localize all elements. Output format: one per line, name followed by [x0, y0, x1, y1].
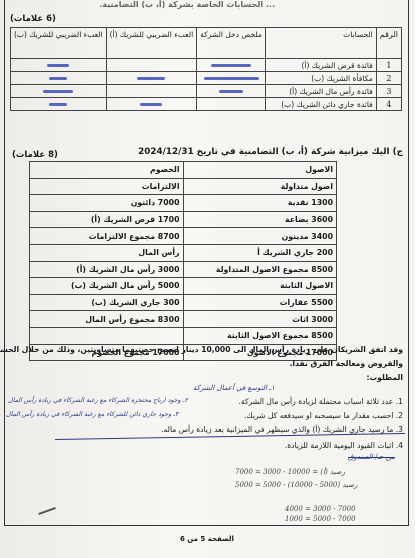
asset-cell: 8500 مجموع الاصول الثابتة: [183, 327, 337, 344]
handwritten-mark: [47, 64, 69, 67]
asset-cell: اصول متداولة: [183, 178, 337, 195]
balance-sheet-title: ج) اليك ميزانية شركة (أ، ب) التضامنية في…: [138, 147, 403, 157]
partner-a-cell: [106, 72, 197, 85]
row-number: 3: [376, 85, 401, 98]
page-number: الصفحة 5 من 6: [180, 535, 234, 543]
col-header-income-summary: ملخص دخل الشركة: [197, 28, 266, 59]
row-number: 1: [376, 59, 401, 72]
summary-cell: [197, 85, 266, 98]
handwritten-mark: [137, 77, 165, 80]
handwritten-heading: من حـ/ الصندوق: [348, 453, 395, 461]
table-row: 200 جاري الشريك أرأس المال: [30, 244, 337, 261]
handwritten-mark: [49, 103, 67, 106]
handwritten-mark: [43, 90, 73, 93]
partner-b-cell: [11, 59, 107, 72]
handwritten-calc-3: 4000 = 3000 - 7000: [285, 505, 356, 513]
partner-a-cell: [106, 59, 197, 72]
liability-cell: 8300 مجموع رأس المال: [30, 311, 184, 328]
col-header-number: الرقم: [376, 28, 401, 59]
liability-cell: الالتزامات: [30, 178, 184, 195]
summary-cell: [197, 98, 266, 111]
scenario-line-1: وقد اتفق الشريكان على زيادة رأس المال ال…: [0, 345, 403, 354]
table-row: 3 فائدة رأس مال الشريك (أ): [11, 85, 402, 98]
col-header-partner-b: العبء الضريبي للشريك (ب): [11, 28, 107, 59]
liability-cell: 7000 دائنون: [30, 195, 184, 212]
marks-q2: (8 علامات): [12, 150, 58, 160]
account-name: فائدة قرض الشريك (أ): [265, 59, 376, 72]
table-row: 2 مكافأة الشريك (ب): [11, 72, 402, 85]
table-row: 4 فائدة جاري دائن الشريك (ب): [11, 98, 402, 111]
liability-cell: 5000 رأس مال الشريك (ب): [30, 278, 184, 295]
distribution-table: الرقم الحسابات ملخص دخل الشركة العبء الض…: [10, 27, 402, 111]
col-header-partner-a: العبء الضريبي للشريك (أ): [106, 28, 197, 59]
summary-cell: [197, 72, 266, 85]
handwritten-mark: [140, 103, 162, 106]
table-row: 1 فائدة قرض الشريك (أ): [11, 59, 402, 72]
row-number: 4: [376, 98, 401, 111]
asset-cell: 1300 نقدية: [183, 195, 337, 212]
table-row: اصول متداولةالالتزامات: [30, 178, 337, 195]
document-page: ... الحسابات الخاصة بشركة (أ، ب) التضامن…: [0, 0, 415, 558]
table-row: 3400 مدينون8700 مجموع الالتزامات: [30, 228, 337, 245]
liability-cell: 8700 مجموع الالتزامات: [30, 228, 184, 245]
handwritten-calc-2: 5000 = 5000 - (10000 - 5000) رصيد: [235, 481, 357, 489]
asset-cell: 5500 عقارات: [183, 294, 337, 311]
balance-sheet-table: الاصول الخصوم اصول متداولةالالتزامات 130…: [29, 161, 337, 361]
handwritten-calc-1: 7000 = 3000 - 10000 = (أ) رصيد: [235, 468, 345, 476]
handwritten-answer-1c: ٣ـ وجود جاري دائن للشركاء مع رغبة الشركا…: [6, 411, 178, 418]
table-row: الاصول الثابتة5000 رأس مال الشريك (ب): [30, 278, 337, 295]
table-header-row: الرقم الحسابات ملخص دخل الشركة العبء الض…: [11, 28, 402, 59]
partner-a-cell: [106, 85, 197, 98]
table-row: 8500 مجموع الاصول المتداولة3000 رأس مال …: [30, 261, 337, 278]
handwritten-calc-4: 1000 = 5000 - 7000: [285, 515, 356, 523]
partner-b-cell: [11, 85, 107, 98]
partner-a-cell: [106, 98, 197, 111]
col-header-accounts: الحسابات: [265, 28, 376, 59]
requirement-1: 1. عدد ثلاثة اسباب محتملة لزيادة رأس مال…: [239, 397, 403, 406]
asset-cell: 3600 بضاعة: [183, 211, 337, 228]
handwritten-mark: [219, 90, 243, 93]
handwritten-mark: [49, 77, 67, 80]
requirements-label: المطلوب:: [367, 373, 403, 382]
liabilities-header: الخصوم: [30, 162, 184, 179]
liability-cell: 1700 قرض الشريك (أ): [30, 211, 184, 228]
partner-b-cell: [11, 72, 107, 85]
liability-cell: 300 جاري الشريك (ب): [30, 294, 184, 311]
summary-cell: [197, 59, 266, 72]
liability-cell: 3000 رأس مال الشريك (أ): [30, 261, 184, 278]
table-row: 8500 مجموع الاصول الثابتة: [30, 327, 337, 344]
asset-cell: 3000 اثاث: [183, 311, 337, 328]
table-row: 3600 بضاعة1700 قرض الشريك (أ): [30, 211, 337, 228]
handwritten-mark: [204, 77, 259, 80]
asset-cell: 200 جاري الشريك أ: [183, 244, 337, 261]
row-number: 2: [376, 72, 401, 85]
account-name: فائدة رأس مال الشريك (أ): [265, 85, 376, 98]
partial-question-line: ... الحسابات الخاصة بشركة (أ، ب) التضامن…: [99, 0, 275, 9]
handwritten-answer-1a: ١ـ التوسع في أعمال الشركة: [193, 384, 275, 392]
partner-b-cell: [11, 98, 107, 111]
asset-cell: 8500 مجموع الاصول المتداولة: [183, 261, 337, 278]
account-name: فائدة جاري دائن الشريك (ب): [265, 98, 376, 111]
asset-cell: 3400 مدينون: [183, 228, 337, 245]
table-row: 5500 عقارات300 جاري الشريك (ب): [30, 294, 337, 311]
account-name: مكافأة الشريك (ب): [265, 72, 376, 85]
requirement-2: 2. احسب مقدار ما سيسحبه او سيدفعه كل شري…: [244, 411, 403, 420]
table-row: 3000 اثاث8300 مجموع رأس المال: [30, 311, 337, 328]
balance-header-row: الاصول الخصوم: [30, 162, 337, 179]
requirement-4: 4. اثبات القيود اليومية اللازمة للزيادة.: [285, 441, 403, 450]
marks-q1: (6 علامات): [10, 14, 56, 24]
assets-header: الاصول: [183, 162, 337, 179]
asset-cell: الاصول الثابتة: [183, 278, 337, 295]
liability-cell: رأس المال: [30, 244, 184, 261]
liability-cell: [30, 327, 184, 344]
handwritten-answer-1b: ٢ـ وجود ارباح محتجزة الشركاء مع رغبة الش…: [8, 397, 188, 404]
scenario-line-2: والقروض ومعالجة الفرق نقدا.: [290, 359, 403, 368]
handwritten-mark: [211, 64, 251, 67]
table-row: 1300 نقدية7000 دائنون: [30, 195, 337, 212]
